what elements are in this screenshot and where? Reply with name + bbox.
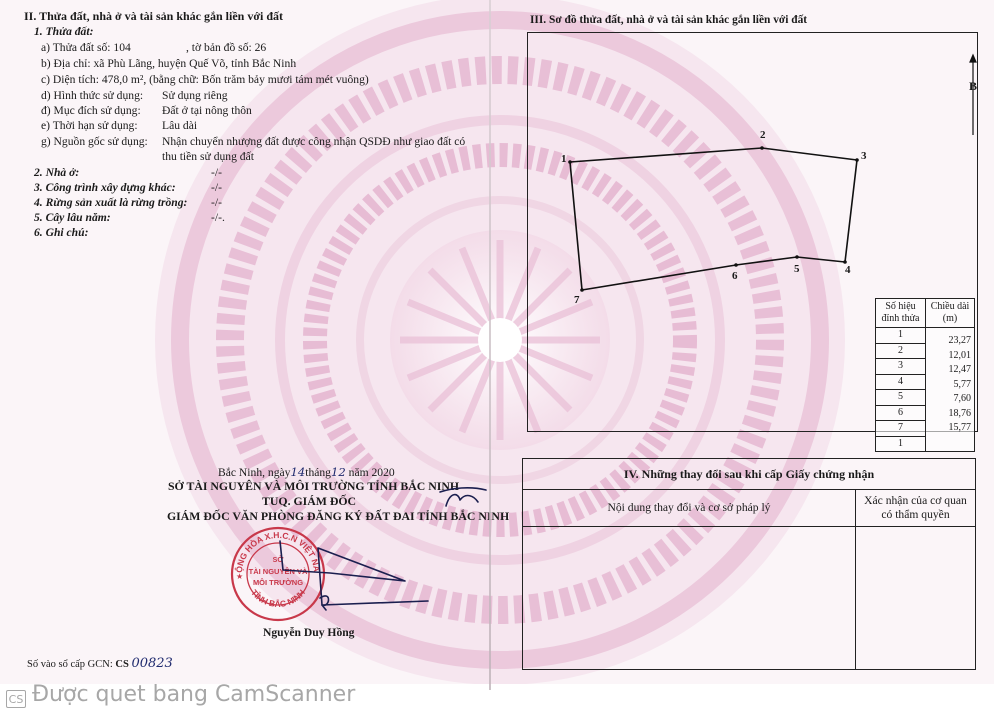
edge-length-value: 12,47 [949, 363, 972, 378]
usage-origin-label: g) Nguồn gốc sử dụng: [41, 135, 148, 149]
perennial-trees-label: 5. Cây lâu năm: [34, 211, 111, 225]
date-prefix: Bắc Ninh, ngày [218, 466, 290, 479]
header-vertex: Số hiệu đỉnh thửa [876, 299, 926, 328]
north-label: B [969, 79, 977, 94]
map-sheet-number: , tờ bản đồ số: 26 [186, 41, 266, 55]
svg-text:MÔI TRƯỜNG: MÔI TRƯỜNG [253, 578, 303, 587]
svg-text:SỞ: SỞ [273, 555, 284, 564]
signer-name: Nguyễn Duy Hồng [263, 626, 354, 640]
registry-number: Số vào sổ cấp GCN: CS 00823 [27, 657, 173, 672]
edge-length-table: Số hiệu đỉnh thửa Chiều dài (m) 1 23,271… [875, 298, 975, 452]
change-confirm-cell [856, 527, 976, 670]
house-label: 2. Nhà ở: [34, 166, 79, 180]
other-construction-value: -/- [211, 181, 222, 195]
house-value: -/- [211, 166, 222, 180]
section-iv-title: IV. Những thay đổi sau khi cấp Giấy chứn… [523, 459, 976, 490]
tuq-title: TUQ. GIÁM ĐỐC [262, 494, 356, 508]
agency-name: SỞ TÀI NGUYÊN VÀ MÔI TRƯỜNG TỈNH BẮC NIN… [168, 479, 459, 493]
edge-length-value: 12,01 [949, 349, 972, 364]
notes-label: 6. Ghi chú: [34, 226, 88, 240]
vertex-cell: 6 [876, 405, 926, 421]
date-month-label: tháng [305, 466, 331, 479]
usage-term-value: Lâu dài [162, 119, 197, 133]
vertex-label-4: 4 [845, 264, 851, 276]
vertex-cell: 3 [876, 359, 926, 375]
header-length: Chiều dài (m) [926, 299, 975, 328]
vertex-cell: 1 [876, 328, 926, 344]
area: c) Diện tích: 478,0 m², (bằng chữ: Bốn t… [41, 73, 369, 87]
land-heading: 1. Thửa đất: [34, 25, 93, 39]
usage-form-value: Sử dụng riêng [162, 89, 228, 103]
right-page: III. Sơ đồ thửa đất, nhà ở và tài sản kh… [490, 0, 994, 720]
svg-text:★: ★ [236, 572, 243, 581]
change-content-cell [523, 527, 856, 670]
edge-length-value: 15,77 [949, 421, 972, 436]
vertex-label-2: 2 [760, 129, 766, 141]
other-construction-label: 3. Công trình xây dựng khác: [34, 181, 176, 195]
usage-origin-value: Nhận chuyển nhượng đất được công nhận QS… [162, 135, 465, 149]
date-month: 12 [331, 465, 346, 479]
vertex-label-7: 7 [574, 294, 580, 306]
col-confirm-header: Xác nhận của cơ quan có thẩm quyền [856, 490, 976, 527]
registry-prefix: CS [115, 659, 128, 670]
col-confirm-line2: có thẩm quyền [857, 508, 974, 522]
vertex-cell: 2 [876, 343, 926, 359]
vertex-label-1: 1 [561, 153, 567, 165]
svg-text:TỈNH BẮC NINH: TỈNH BẮC NINH [249, 588, 307, 609]
parcel-number: a) Thửa đất số: 104 [41, 41, 131, 55]
col-confirm-line1: Xác nhận của cơ quan [857, 494, 974, 508]
edge-length-value: 18,76 [949, 407, 972, 422]
office-title: GIÁM ĐỐC VĂN PHÒNG ĐĂNG KÝ ĐẤT ĐAI TỈNH … [167, 509, 509, 523]
date-year: năm 2020 [349, 466, 395, 479]
vertex-cell: 5 [876, 390, 926, 406]
planted-forest-label: 4. Rừng sản xuất là rừng trồng: [34, 196, 187, 210]
edge-length-value: 5,77 [954, 378, 972, 393]
usage-purpose-value: Đất ở tại nông thôn [162, 104, 252, 118]
page-fold [489, 0, 491, 690]
planted-forest-value: -/- [211, 196, 222, 210]
usage-form-label: d) Hình thức sử dụng: [41, 89, 143, 103]
usage-origin-value-cont: thu tiền sử dụng đất [162, 150, 254, 164]
left-page: II. Thửa đất, nhà ở và tài sản khác gắn … [0, 0, 490, 720]
col-content-header: Nội dung thay đổi và cơ sở pháp lý [523, 490, 856, 527]
official-stamp: CỘNG HÒA X.H.C.N VIỆT NAM TỈNH BẮC NINH … [228, 524, 328, 624]
length-column: 23,2712,0112,475,777,6018,7615,77 [926, 328, 975, 452]
vertex-label-3: 3 [861, 150, 867, 162]
vertex-cell: 7 [876, 421, 926, 437]
vertex-cell: 4 [876, 374, 926, 390]
vertex-label-5: 5 [794, 263, 800, 275]
changes-table: IV. Những thay đổi sau khi cấp Giấy chứn… [522, 458, 976, 670]
svg-text:TÀI NGUYÊN VÀ: TÀI NGUYÊN VÀ [249, 567, 308, 576]
registry-label: Số vào sổ cấp GCN: [27, 659, 113, 670]
vertex-cell: 1 [876, 436, 926, 452]
address: b) Địa chỉ: xã Phù Lãng, huyện Quế Võ, t… [41, 57, 296, 71]
edge-length-value: 23,27 [949, 334, 972, 349]
perennial-trees-value: -/-. [211, 211, 225, 225]
north-arrow-icon [970, 55, 976, 135]
issue-date: Bắc Ninh, ngày14tháng12 năm 2020 [218, 465, 395, 480]
vertex-label-6: 6 [732, 270, 738, 282]
section-ii-title: II. Thửa đất, nhà ở và tài sản khác gắn … [24, 9, 283, 23]
edge-length-value: 7,60 [954, 392, 972, 407]
registry-value: 00823 [131, 656, 172, 671]
usage-purpose-label: đ) Mục đích sử dụng: [41, 104, 141, 118]
date-day: 14 [290, 465, 305, 479]
usage-term-label: e) Thời hạn sử dụng: [41, 119, 138, 133]
